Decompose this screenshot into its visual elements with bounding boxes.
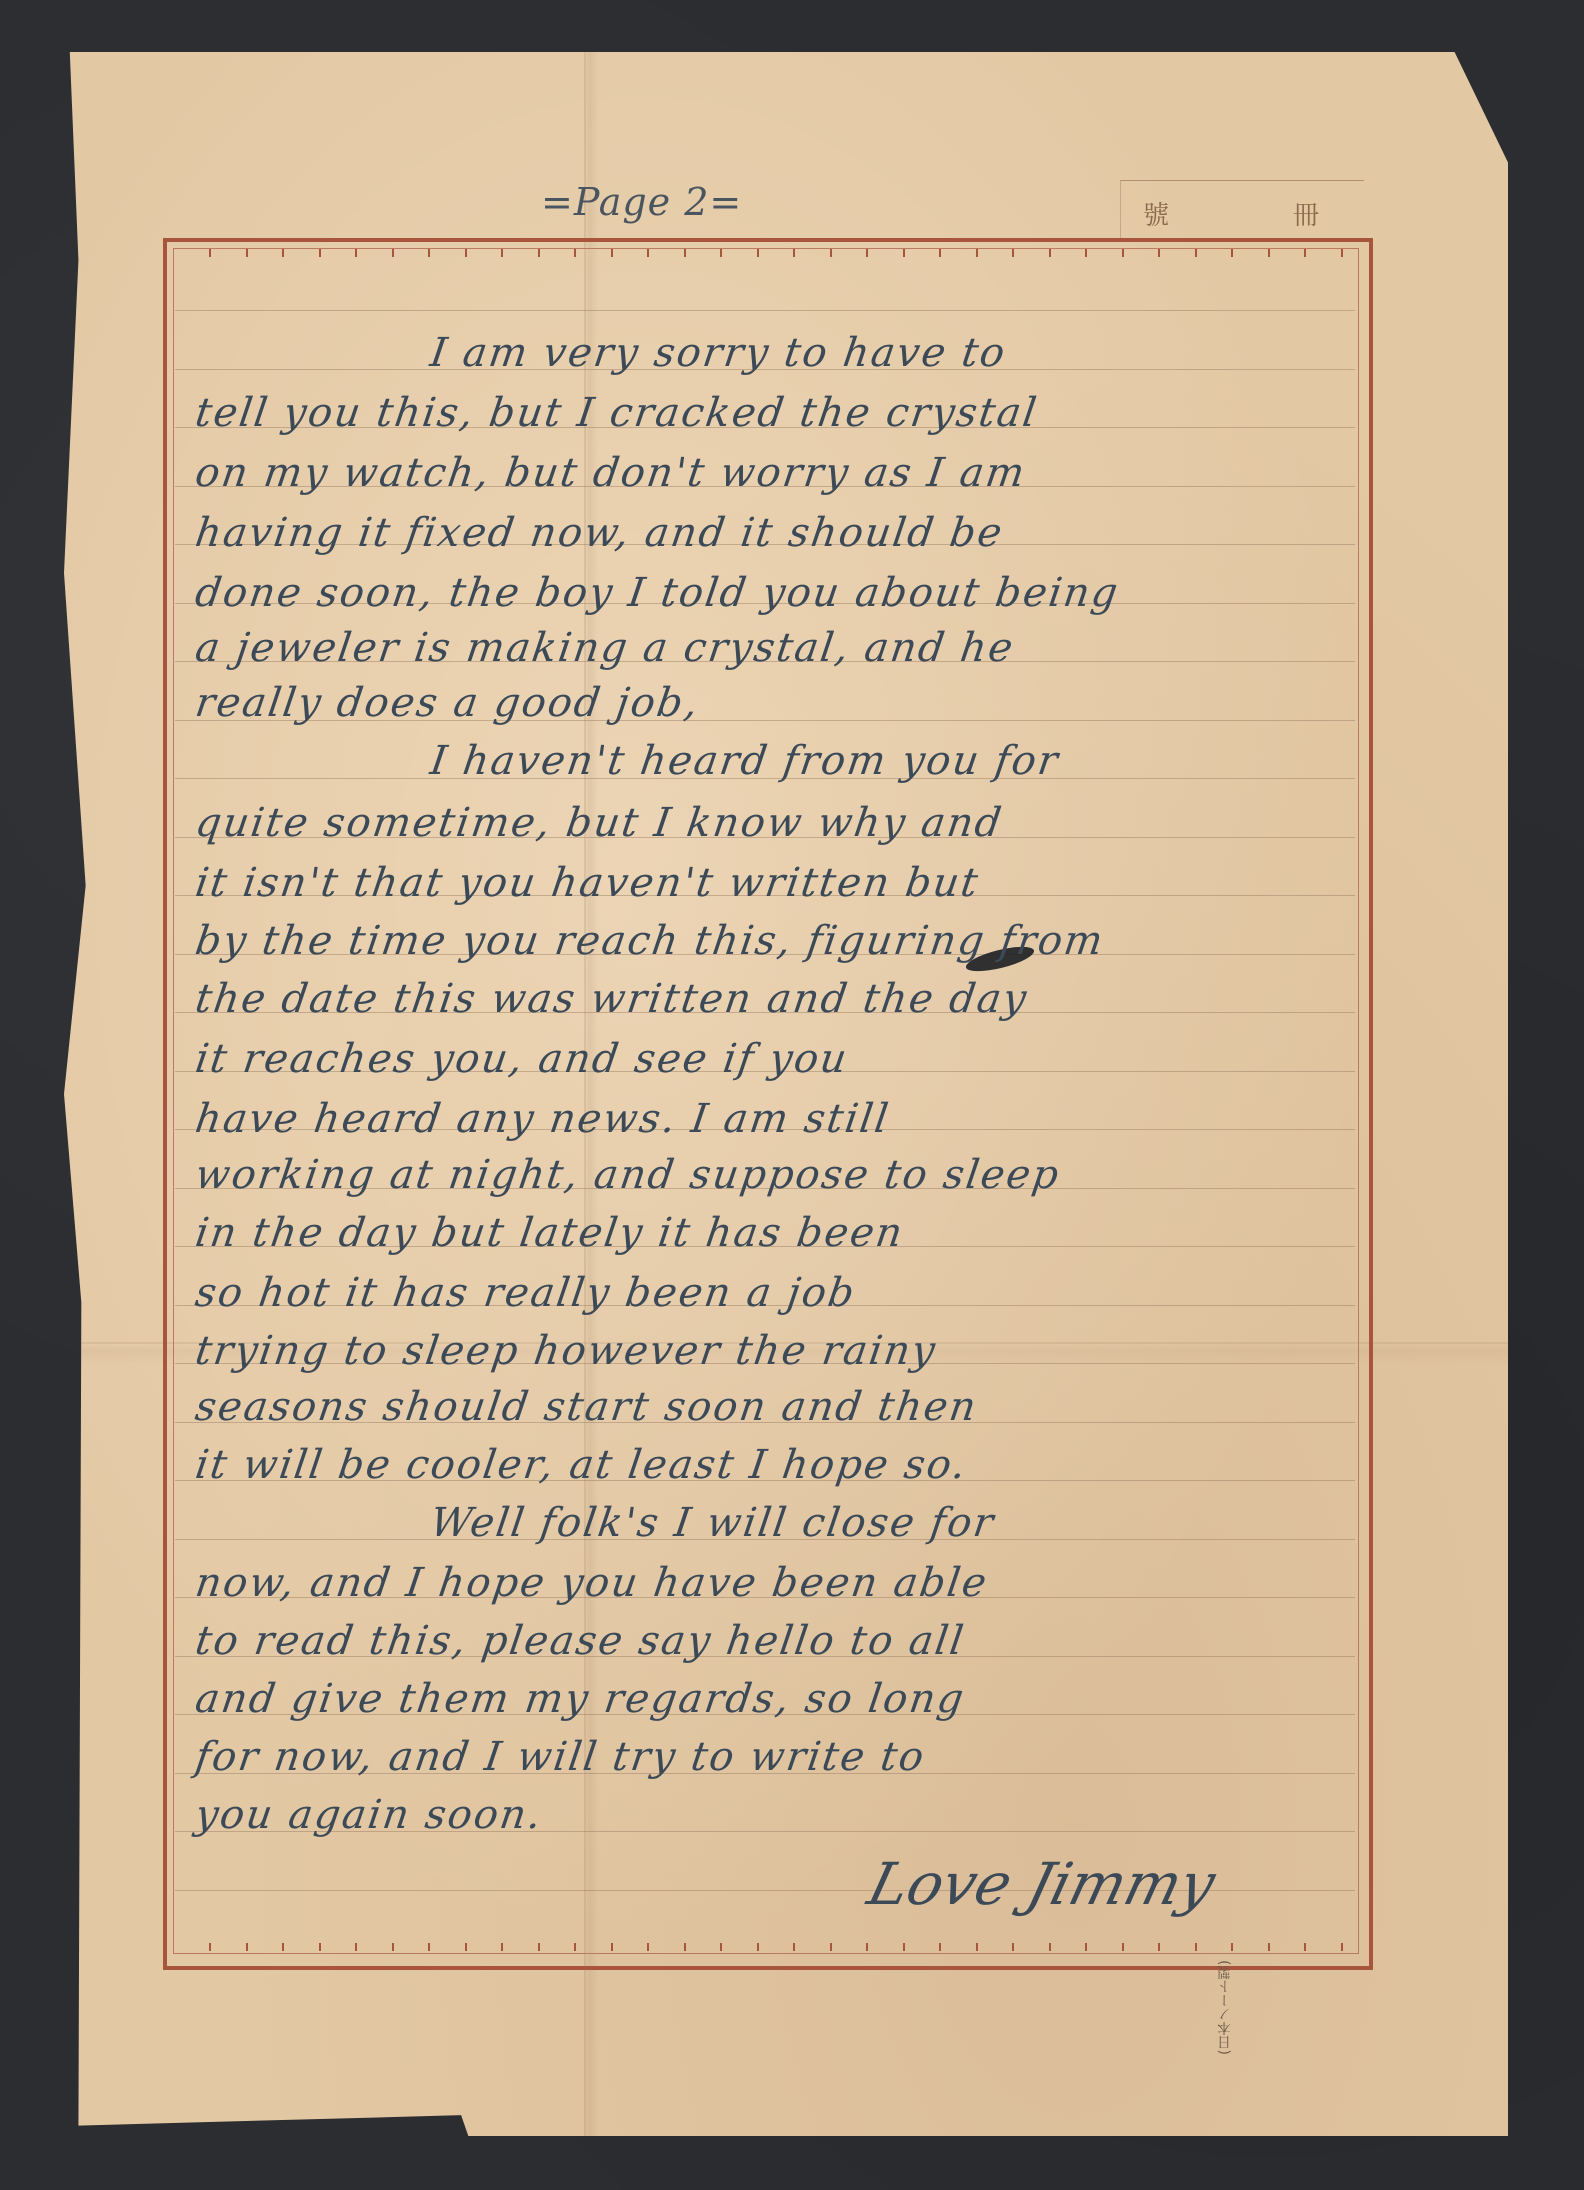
border-tick [355, 249, 357, 257]
header-char-number: 號 [1143, 195, 1169, 232]
border-tick [611, 249, 613, 257]
signature: Love Jimmy [862, 1850, 1222, 1918]
letter-line: it will be cooler, at least I hope so. [191, 1442, 1359, 1498]
border-tick [465, 249, 467, 257]
border-tick [1268, 249, 1270, 257]
border-tick [1012, 249, 1014, 257]
border-tick [939, 249, 941, 257]
border-tick [647, 1943, 649, 1951]
letter-line: and give them my regards, so long [191, 1676, 1359, 1732]
border-tick [1049, 1943, 1051, 1951]
border-tick [757, 249, 759, 257]
letter-line: a jeweler is making a crystal, and he [191, 625, 1359, 681]
border-tick [538, 1943, 540, 1951]
border-tick [501, 249, 503, 257]
border-tick [1231, 249, 1233, 257]
border-tick [246, 249, 248, 257]
border-tick [611, 1943, 613, 1951]
border-tick [1195, 1943, 1197, 1951]
border-tick-row-bottom [173, 1943, 1357, 1951]
border-tick [1341, 249, 1343, 257]
letter-line: now, and I hope you have been able [191, 1560, 1359, 1616]
border-tick [720, 1943, 722, 1951]
letter-line: it isn't that you haven't written but [191, 860, 1359, 916]
border-tick [647, 249, 649, 257]
border-tick [1158, 249, 1160, 257]
border-tick [282, 1943, 284, 1951]
border-tick [1341, 1943, 1343, 1951]
border-tick [1304, 249, 1306, 257]
border-tick [1085, 249, 1087, 257]
border-tick [319, 1943, 321, 1951]
border-tick [757, 1943, 759, 1951]
letter-line: have heard any news. I am still [191, 1096, 1359, 1152]
letter-line: really does a good job, [191, 680, 1359, 736]
border-tick [939, 1943, 941, 1951]
letter-line: seasons should start soon and then [191, 1384, 1359, 1440]
letter-line: quite sometime, but I know why and [191, 800, 1359, 856]
border-tick [282, 249, 284, 257]
border-tick [903, 1943, 905, 1951]
letter-line: for now, and I will try to write to [191, 1734, 1359, 1790]
border-tick [574, 249, 576, 257]
border-tick [355, 1943, 357, 1951]
letter-line: trying to sleep however the rainy [191, 1328, 1359, 1384]
border-tick [830, 249, 832, 257]
border-tick [428, 249, 430, 257]
letter-line: I am very sorry to have to [426, 330, 1584, 386]
border-tick [574, 1943, 576, 1951]
border-tick [793, 249, 795, 257]
border-tick [1231, 1943, 1233, 1951]
border-tick [976, 249, 978, 257]
border-tick [1122, 1943, 1124, 1951]
letter-line: tell you this, but I cracked the crystal [191, 390, 1359, 446]
letter-line: in the day but lately it has been [191, 1210, 1359, 1266]
border-tick [1195, 249, 1197, 257]
border-tick [538, 249, 540, 257]
letter-line: Well folk's I will close for [426, 1500, 1584, 1556]
letter-line: I haven't heard from you for [426, 738, 1584, 794]
border-tick [720, 249, 722, 257]
border-tick [1049, 249, 1051, 257]
letter-line: to read this, please say hello to all [191, 1618, 1359, 1674]
letter-line: working at night, and suppose to sleep [191, 1152, 1359, 1208]
border-tick [1304, 1943, 1306, 1951]
border-tick [465, 1943, 467, 1951]
letter-line: it reaches you, and see if you [191, 1036, 1359, 1092]
ruled-line [175, 310, 1355, 311]
border-tick [830, 1943, 832, 1951]
border-tick [501, 1943, 503, 1951]
border-tick [1012, 1943, 1014, 1951]
border-tick-row-top [173, 249, 1357, 257]
border-tick [1085, 1943, 1087, 1951]
border-tick [428, 1943, 430, 1951]
border-tick [684, 249, 686, 257]
border-tick [684, 1943, 686, 1951]
border-tick [866, 249, 868, 257]
border-tick [976, 1943, 978, 1951]
border-tick [209, 1943, 211, 1951]
stationery-maker-mark: (日本ノート製) [1215, 1960, 1235, 2055]
border-tick [246, 1943, 248, 1951]
border-tick [209, 249, 211, 257]
border-tick [903, 249, 905, 257]
letter-line: by the time you reach this, figuring fro… [191, 918, 1359, 974]
border-tick [866, 1943, 868, 1951]
border-tick [392, 249, 394, 257]
stationery-header-box: 號 冊 [1120, 180, 1364, 241]
letter-line: having it fixed now, and it should be [191, 510, 1359, 566]
letter-line: done soon, the boy I told you about bein… [191, 570, 1359, 626]
letter-line: so hot it has really been a job [191, 1270, 1359, 1326]
border-tick [1268, 1943, 1270, 1951]
letter-line: you again soon. [191, 1792, 1359, 1848]
border-tick [793, 1943, 795, 1951]
letter-line: the date this was written and the day [191, 976, 1359, 1032]
border-tick [1122, 249, 1124, 257]
border-tick [319, 249, 321, 257]
header-char-volume: 冊 [1293, 195, 1319, 232]
letter-line: on my watch, but don't worry as I am [191, 450, 1359, 506]
page-number-label: =Page 2= [541, 180, 742, 224]
border-tick [392, 1943, 394, 1951]
border-tick [1158, 1943, 1160, 1951]
